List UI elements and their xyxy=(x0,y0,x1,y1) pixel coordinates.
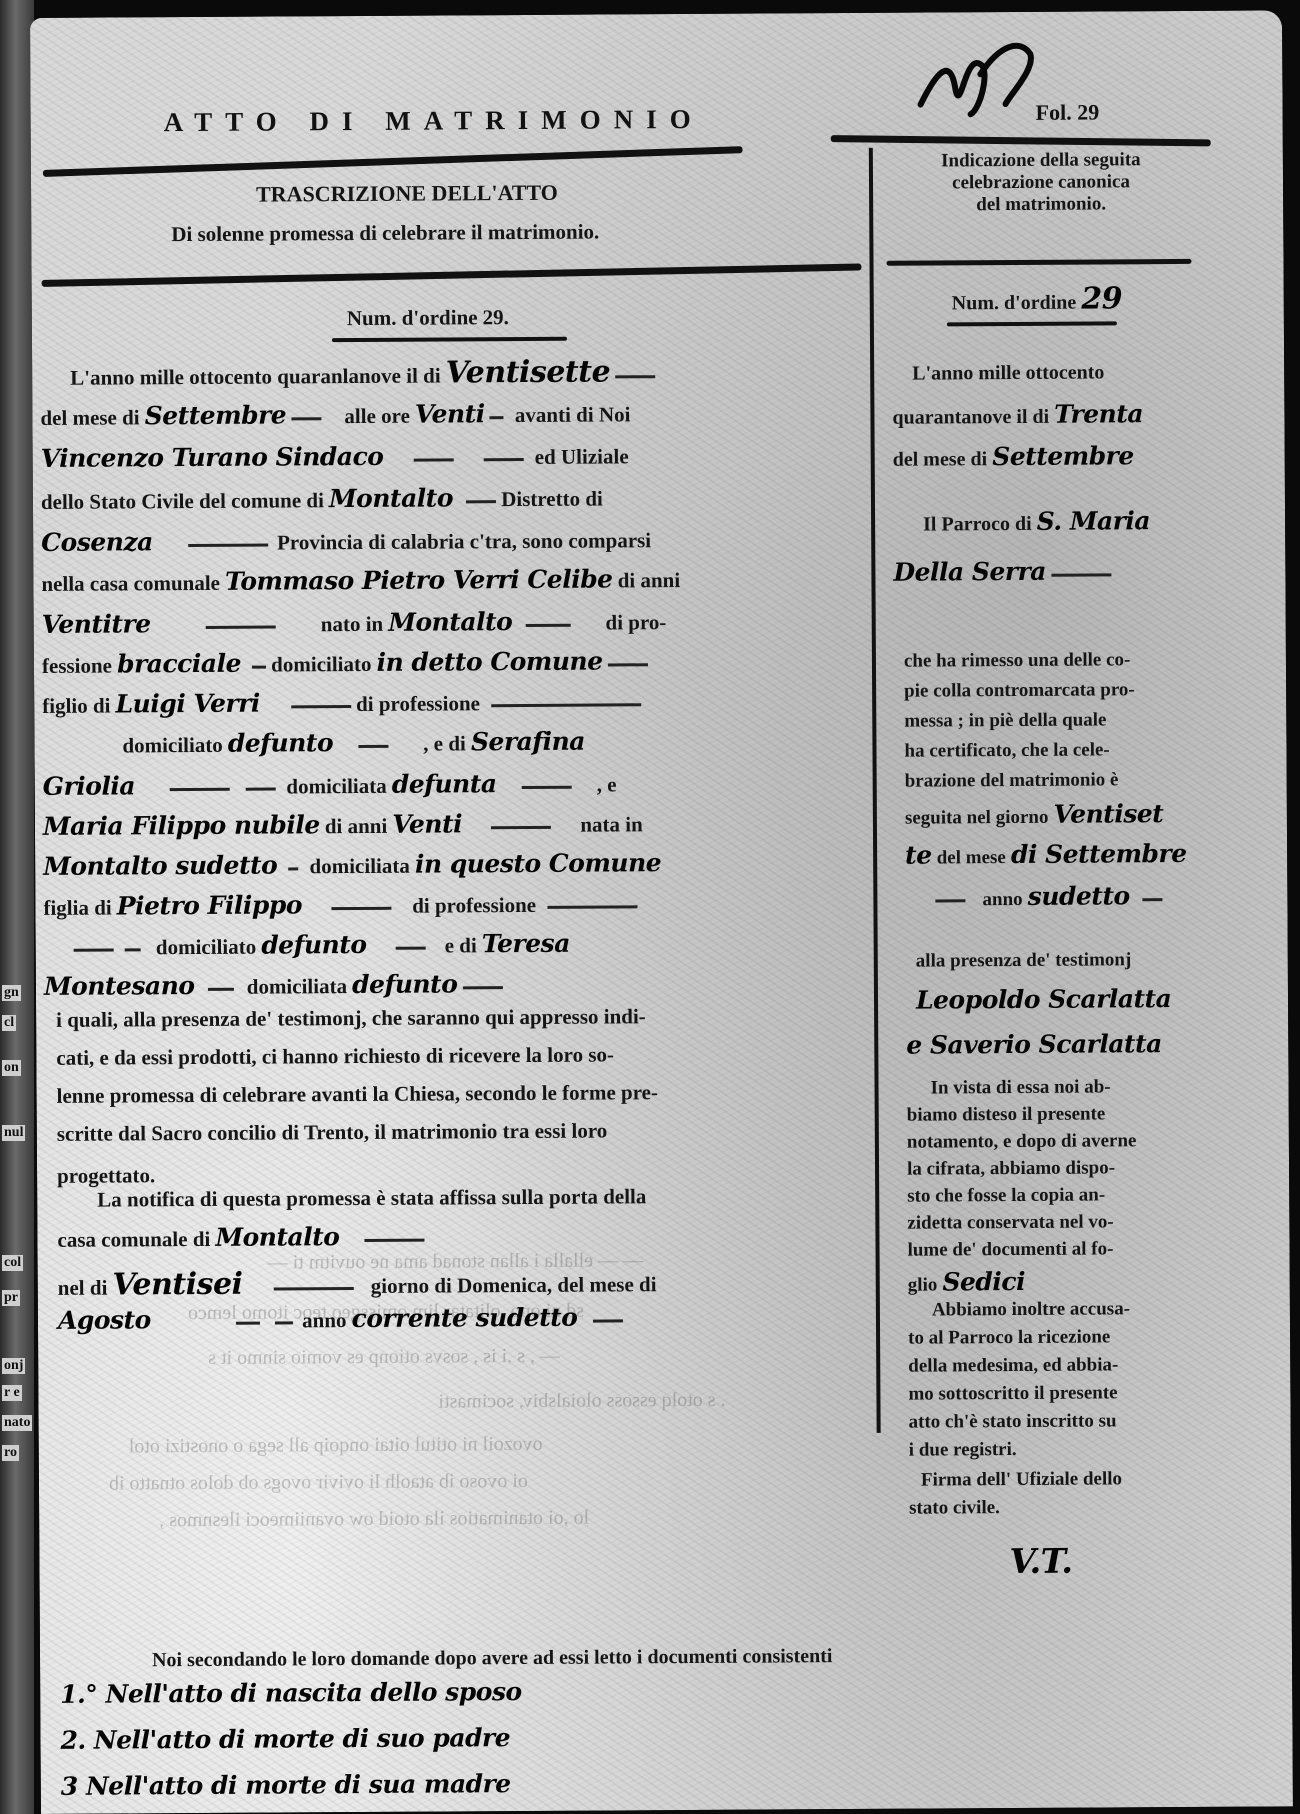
printed-text: del mese xyxy=(937,847,1006,868)
header-rule-right xyxy=(831,135,1211,146)
certification-line: ha certificato, che la cele- xyxy=(904,739,1109,762)
section-rule xyxy=(42,263,862,286)
handwritten-celebration-day: Trenta xyxy=(1054,399,1143,429)
fill-line xyxy=(331,907,391,910)
fill-line xyxy=(593,1319,623,1322)
order-number: Num. d'ordine 29. xyxy=(347,305,509,331)
fill-line xyxy=(274,1287,354,1290)
fill-line xyxy=(462,986,502,989)
bleed-through-text: . s otolq essoss oloialsbiv, socimasti xyxy=(438,1389,725,1414)
printed-text: anno xyxy=(982,889,1022,910)
fill-line xyxy=(414,458,454,461)
right-column-heading: Indicazione della seguita celebrazione c… xyxy=(881,149,1201,217)
header-rule xyxy=(43,146,743,177)
closing-text: In vista di essa noi ab- biamo disteso i… xyxy=(906,1076,1216,1078)
facing-page-fragment: nul xyxy=(2,1125,25,1141)
order-number-value: 29. xyxy=(483,305,509,329)
handwritten-parish-cont: Della Serra xyxy=(893,557,1046,587)
printed-text: L'anno mille ottocento quaranlanove il d… xyxy=(70,363,441,389)
handwritten-witness-2: e Saverio Scarlatta xyxy=(906,1029,1162,1060)
bleed-through-text: lo ,oi otanimatios ila otoid ow ovaniime… xyxy=(159,1507,589,1533)
handwritten-bride-mother-surname: Montesano xyxy=(44,971,195,1001)
heading-line: celebrazione canonica xyxy=(881,171,1201,195)
handwritten-profession: bracciale xyxy=(117,649,241,679)
facing-page-fragment: gn xyxy=(2,985,21,1001)
bleed-through-text: oi ovoso ib ataolh li ovivir ovogs ob do… xyxy=(109,1470,528,1496)
fill-line xyxy=(236,1322,260,1325)
fill-line xyxy=(490,416,504,419)
signature-label: Firma dell' Ufiziale dello xyxy=(921,1468,1122,1491)
fill-line xyxy=(291,705,351,708)
handwritten-posting-month: Agosto xyxy=(58,1305,151,1335)
right-order-number: Num. d'ordine 29 xyxy=(952,281,1123,317)
closing-line: Abbiamo inoltre accusa- xyxy=(932,1298,1130,1321)
facing-page-edge: gn cl on nul col pr onj r e nato ro xyxy=(0,0,34,1814)
handwritten-bride-mother-first: Teresa xyxy=(482,929,570,959)
handwritten-official-name: Vincenzo Turano Sindaco xyxy=(41,442,384,473)
printed-text: , e xyxy=(597,772,617,796)
fill-line xyxy=(935,899,965,902)
right-order-underline xyxy=(947,321,1117,326)
order-number-label: Num. d'ordine xyxy=(347,305,478,330)
printed-text: casa comunale di xyxy=(57,1227,210,1252)
handwritten-birthplace: Montalto xyxy=(388,607,512,637)
handwritten-parish: S. Maria xyxy=(1037,506,1150,536)
printed-text: Distretto di xyxy=(501,487,603,512)
fill-line xyxy=(188,544,268,547)
handwritten-mother-status: defunta xyxy=(392,769,497,799)
printed-text: di professione xyxy=(412,893,536,918)
printed-text: quarantanove il di xyxy=(892,406,1049,429)
fill-line xyxy=(358,745,388,748)
handwritten-posting-year: corrente sudetto xyxy=(351,1303,577,1333)
fill-line xyxy=(125,948,141,951)
fill-line xyxy=(491,826,551,829)
fill-line xyxy=(74,949,114,952)
handwritten-seguita-day: Ventiset xyxy=(1053,799,1163,829)
handwritten-celebration-month: Settembre xyxy=(992,441,1134,471)
handwritten-mother-surname: Griolia xyxy=(43,771,136,801)
fill-line xyxy=(466,500,496,503)
printed-text: di anni xyxy=(618,568,681,592)
closing-line: sto che fosse la copia an- xyxy=(907,1184,1105,1207)
closing-line: la cifrata, abbiamo dispo- xyxy=(907,1157,1115,1180)
printed-text: nel di xyxy=(58,1276,108,1300)
printed-text: domiciliato xyxy=(156,935,256,960)
document-item: 3 Nell'atto di morte di sua madre xyxy=(61,1769,511,1801)
footer-printed-line: Noi secondando le loro domande dopo aver… xyxy=(152,1645,833,1672)
fill-line xyxy=(608,663,648,666)
handwritten-hour: Venti xyxy=(415,399,485,428)
certification-text: che ha rimesso una delle co- pie colla c… xyxy=(904,649,1214,651)
handwritten-posting-day: Ventisei xyxy=(112,1267,242,1303)
printed-text: domiciliata xyxy=(286,774,386,799)
promise-paragraph: i quali, alla presenza de' testimonj, ch… xyxy=(56,1003,866,1008)
facing-page-fragment: r e xyxy=(2,1385,22,1401)
bleed-through-text: — , s .i is , sosvs otionp es vomio sinm… xyxy=(208,1345,560,1370)
closing-line: biamo disteso il presente xyxy=(907,1103,1106,1126)
heading-line: Indicazione della seguita xyxy=(881,149,1201,173)
celebration-date: L'anno mille ottocento quarantanove il d… xyxy=(892,361,1212,363)
closing-line: mo sottoscritto il presente xyxy=(908,1382,1117,1405)
closing-line: atto ch'è stato inscritto su xyxy=(909,1410,1117,1433)
section-heading: TRASCRIZIONE DELL'ATTO xyxy=(256,180,558,208)
closing-line: notamento, e dopo di averne xyxy=(907,1130,1137,1153)
handwritten-groom-name: Tommaso Pietro Verri Celibe xyxy=(225,564,613,595)
facing-page-fragment: ro xyxy=(2,1445,19,1461)
closing-line: to al Parroco la ricezione xyxy=(908,1326,1110,1349)
facing-page-fragment: cl xyxy=(2,1015,16,1031)
heading-line: del matrimonio. xyxy=(881,193,1201,217)
facing-page-fragment: on xyxy=(2,1060,21,1076)
certification-line: brazione del matrimonio è xyxy=(905,769,1119,792)
printed-text: di anni xyxy=(325,814,388,838)
printed-text: e di xyxy=(445,933,477,957)
fill-line xyxy=(170,788,230,791)
facing-page-fragment: onj xyxy=(2,1358,25,1374)
fill-line xyxy=(547,905,637,909)
printed-text: di pro- xyxy=(605,610,666,634)
fill-line xyxy=(1051,573,1111,576)
margin-annotation-mark xyxy=(910,34,1051,130)
certification-line: pie colla contromarcata pro- xyxy=(904,679,1135,702)
fill-line xyxy=(275,1321,293,1324)
printed-text: domiciliata xyxy=(247,974,347,999)
bleed-through-text: ovozoil ni otitul oitai onqoip all sega … xyxy=(129,1433,543,1459)
handwritten-month: Settembre xyxy=(145,400,287,430)
right-heading-rule xyxy=(886,259,1191,266)
handwritten-folio: Sedici xyxy=(942,1267,1025,1297)
printed-text: di professione xyxy=(356,691,480,716)
closing-line: i due registri. xyxy=(909,1439,1017,1462)
printed-text: domiciliata xyxy=(309,854,409,879)
facing-page-fragment: nato xyxy=(2,1415,32,1431)
printed-text: nato in xyxy=(321,612,384,636)
handwritten-bride-birthplace: Montalto sudetto xyxy=(43,851,277,881)
certification-line: che ha rimesso una delle co- xyxy=(904,649,1131,672)
handwritten-father-status: defunto xyxy=(228,728,333,758)
handwritten-posting-place: Montalto xyxy=(215,1222,339,1252)
paragraph-line: progettato. xyxy=(57,1163,155,1189)
paragraph-line: scritte dal Sacro concilio di Trento, il… xyxy=(57,1118,608,1146)
printed-text: giorno di Domenica, del mese di xyxy=(371,1272,657,1298)
document-item: 1.° Nell'atto di nascita dello sposo xyxy=(60,1677,522,1709)
printed-text: figlio di xyxy=(42,694,110,718)
printed-text: alle ore xyxy=(344,404,410,428)
fill-line xyxy=(291,417,321,420)
printed-text: nella casa comunale xyxy=(41,571,220,596)
facing-page-fragment: pr xyxy=(2,1290,20,1306)
handwritten-bride-age: Venti xyxy=(392,809,462,838)
printed-text: glio xyxy=(908,1274,938,1295)
printed-text: Provincia di calabria c'tra, sono compar… xyxy=(277,528,651,554)
handwritten-domicile: in detto Comune xyxy=(376,647,602,677)
closing-line: della medesima, ed abbia- xyxy=(908,1354,1118,1377)
page-title: ATTO DI MATRIMONIO xyxy=(164,104,704,138)
fill-line xyxy=(364,1239,424,1242)
handwritten-bride-name: Maria Filippo nubile xyxy=(43,810,320,841)
printed-text: nata in xyxy=(580,812,643,836)
closing-line: lume de' documenti al fo- xyxy=(907,1238,1113,1261)
handwritten-bride-father: Pietro Filippo xyxy=(117,890,302,920)
printed-text: , e di xyxy=(423,731,466,755)
fill-line xyxy=(615,375,655,378)
section-subheading: Di solenne promessa di celebrare il matr… xyxy=(171,220,599,248)
fill-line xyxy=(484,458,524,461)
handwritten-bride-father-status: defunto xyxy=(261,930,366,960)
fill-line xyxy=(491,703,641,707)
closing-line: zidetta conservata nel vo- xyxy=(907,1211,1113,1234)
printed-text: domiciliato xyxy=(271,652,371,677)
printed-text: anno xyxy=(302,1308,347,1332)
handwritten-seguita-year: sudetto xyxy=(1028,881,1130,911)
notice-paragraph: La notifica di questa promessa è stata a… xyxy=(57,1183,867,1188)
document-item: 2. Nell'atto di morte di suo padre xyxy=(60,1723,510,1755)
register-page: — — ellalla i allan stonad ama ne ouvitm… xyxy=(30,10,1293,1814)
printed-text: fessione xyxy=(42,654,112,678)
column-divider xyxy=(869,148,881,1433)
official-signature: V.T. xyxy=(1009,1542,1072,1582)
parish-priest: Il Parroco di S. Maria Della Serra xyxy=(893,506,1213,508)
printed-text: Il Parroco di xyxy=(923,513,1032,536)
handwritten-commune: Montalto xyxy=(329,483,453,513)
paragraph-line: cati, e da essi prodotti, ci hanno richi… xyxy=(56,1042,614,1070)
signature-label: stato civile. xyxy=(909,1497,1000,1520)
handwritten-witness-1: Leopoldo Scarlatta xyxy=(916,984,1171,1015)
handwritten-bride-mother-status: defunto xyxy=(352,969,457,999)
printed-text: domiciliato xyxy=(122,733,222,758)
fill-line xyxy=(396,947,426,950)
handwritten-district: Cosenza xyxy=(41,527,153,557)
closing-line: In vista di essa noi ab- xyxy=(930,1076,1110,1099)
notice-line: La notifica di questa promessa è stata a… xyxy=(97,1184,646,1212)
fill-line xyxy=(245,788,275,791)
paragraph-line: i quali, alla presenza de' testimonj, ch… xyxy=(56,1004,646,1033)
printed-text: figlia di xyxy=(43,896,111,920)
handwritten-groom-age: Ventitre xyxy=(42,609,151,639)
handwritten-seguita-day-cont: te xyxy=(905,841,932,870)
order-number-underline xyxy=(332,337,567,342)
printed-text: ed Uliziale xyxy=(535,444,629,469)
fill-line xyxy=(1143,898,1163,901)
fill-line xyxy=(252,666,266,669)
witnesses-label: alla presenza de' testimonj xyxy=(916,949,1132,972)
printed-text: del mese di xyxy=(893,448,988,471)
fill-line xyxy=(288,867,298,870)
printed-text: dello Stato Civile del comune di xyxy=(41,488,324,514)
paragraph-line: lenne promessa di celebrare avanti la Ch… xyxy=(57,1080,658,1109)
fill-line xyxy=(522,786,572,789)
marriage-form-body: L'anno mille ottocento quaranlanove il d… xyxy=(40,353,864,978)
printed-text: del mese di xyxy=(40,405,139,430)
printed-text: seguita nel giorno xyxy=(905,807,1049,829)
fill-line xyxy=(208,988,234,991)
handwritten-mother-first-name: Serafina xyxy=(471,727,585,757)
fill-line xyxy=(525,624,570,627)
handwritten-order-number: 29 xyxy=(1081,281,1122,316)
printed-text: L'anno mille ottocento xyxy=(912,361,1104,385)
order-number-label: Num. d'ordine xyxy=(952,292,1077,315)
facing-page-fragment: col xyxy=(2,1255,23,1271)
printed-text: avanti di Noi xyxy=(515,402,631,427)
handwritten-father-name: Luigi Verri xyxy=(115,689,259,719)
certification-line: messa ; in piè della quale xyxy=(904,709,1106,732)
fill-line xyxy=(206,626,276,629)
handwritten-bride-domicile: in questo Comune xyxy=(415,848,661,879)
handwritten-day: Ventisette xyxy=(446,354,611,390)
handwritten-seguita-month: di Settembre xyxy=(1011,839,1187,869)
